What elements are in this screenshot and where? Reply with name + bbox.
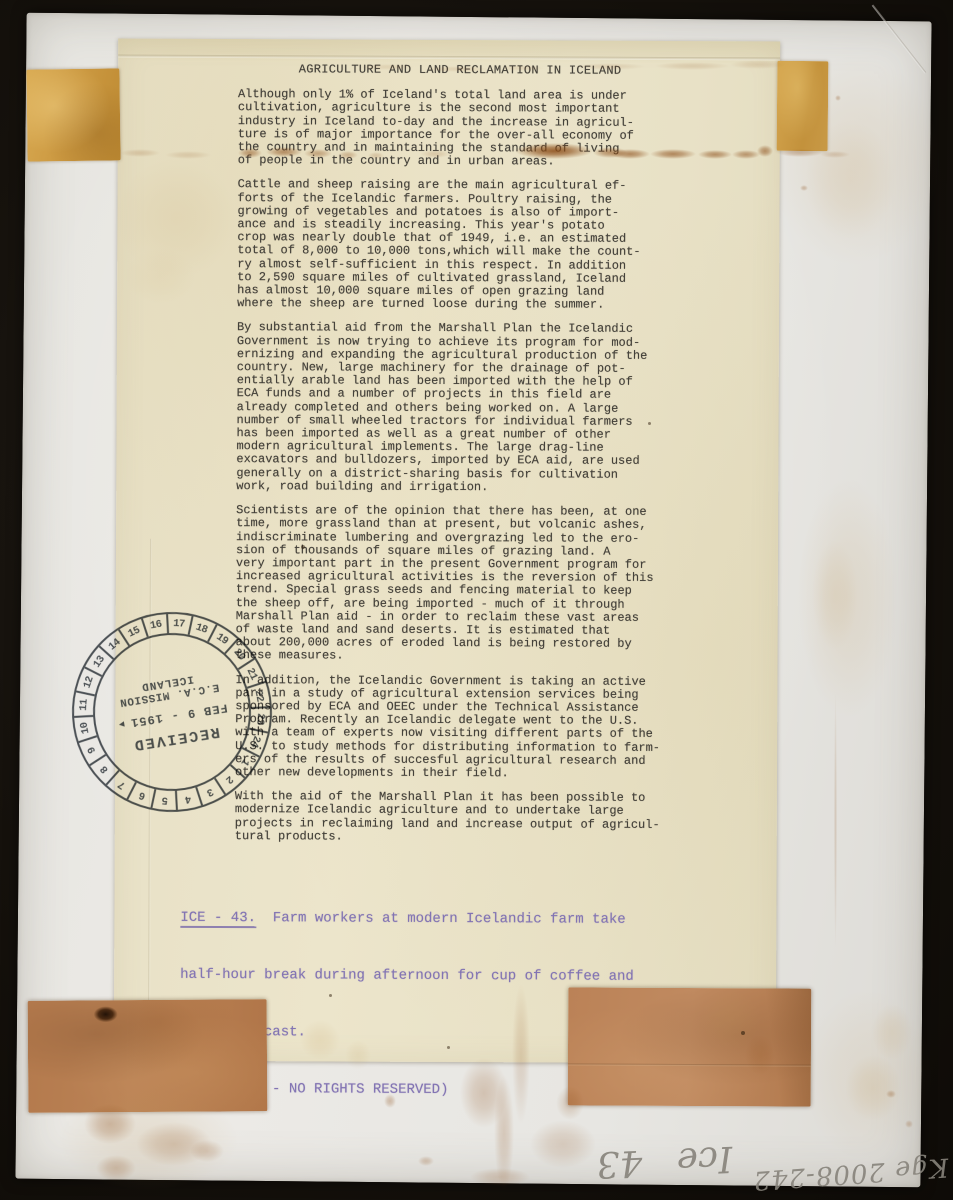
stamp-arrow-icon: ▶ [117,719,125,730]
stamp-dial-number: 3 [205,785,215,798]
stamp-dial-number: 9 [86,745,99,755]
stamp-dial-number: 10 [79,721,93,735]
paragraph-5: In addition, the Icelandic Government is… [235,674,679,782]
paragraph-3: By substantial aid from the Marshall Pla… [236,322,681,496]
stamp-received-label: RECEIVED [131,723,221,754]
stamp-dial-number: 22 [252,689,266,703]
stamp-dial-tick [175,791,178,810]
document-title: AGRICULTURE AND LAND RECLAMATION IN ICEL… [238,63,682,78]
stamp-dial-number: 4 [184,792,192,805]
stamp-dial-tick [251,706,270,709]
stamp-dial-tick [79,736,98,743]
kraft-tape-bottom-left [28,999,268,1113]
paragraph-6: With the aid of the Marshall Plan it has… [235,790,679,845]
stamp-dial-number: 16 [149,619,163,633]
tape-top-right [777,61,829,151]
typed-text-block: AGRICULTURE AND LAND RECLAMATION IN ICEL… [235,63,682,856]
stamp-dial-tick [166,614,169,633]
caption-line-1-text: Farm workers at modern Icelandic farm ta… [256,910,626,928]
stamp-dial-number: 5 [162,794,169,806]
paragraph-2: Cattle and sheep raising are the main ag… [237,179,682,313]
stamp-dial-tick [74,715,93,718]
stamp-dial-tick [247,681,266,688]
received-stamp: 123456789101112131415161718192021222324 … [67,607,277,817]
tape-dark-spot [94,1006,118,1022]
typed-caption-sheet: AGRICULTURE AND LAND RECLAMATION IN ICEL… [114,39,780,1064]
stamp-dial-number: 23 [253,713,266,726]
tape-crease-line [568,1063,811,1066]
stamp-dial-number: 21 [244,666,260,682]
paragraph-1: Although only 1% of Iceland's total land… [238,88,682,169]
stamp-dial-tick [196,787,203,806]
photo-back-scene: { "photo_back": { "typed_sheet": { "titl… [0,0,953,1200]
paragraph-4: Scientists are of the opinion that there… [236,504,681,664]
stamp-dial-number: 11 [78,699,91,712]
caption-line-2: half-hour break during afternoon for cup… [180,966,780,988]
stamp-center-text: RECEIVED FEB 9 - 1951 ▶ E.C.A. MISSION I… [85,625,259,799]
stamp-dial-number: 15 [126,625,142,641]
tape-top-left [26,68,120,161]
caption-line-1: ICE - 43. Farm workers at modern Iceland… [180,909,780,931]
photo-id-label: ICE - 43. [180,910,256,928]
stamp-dial-number: 17 [173,618,186,631]
sheet-fold-line [118,55,780,61]
kraft-tape-bottom-right [568,987,812,1106]
